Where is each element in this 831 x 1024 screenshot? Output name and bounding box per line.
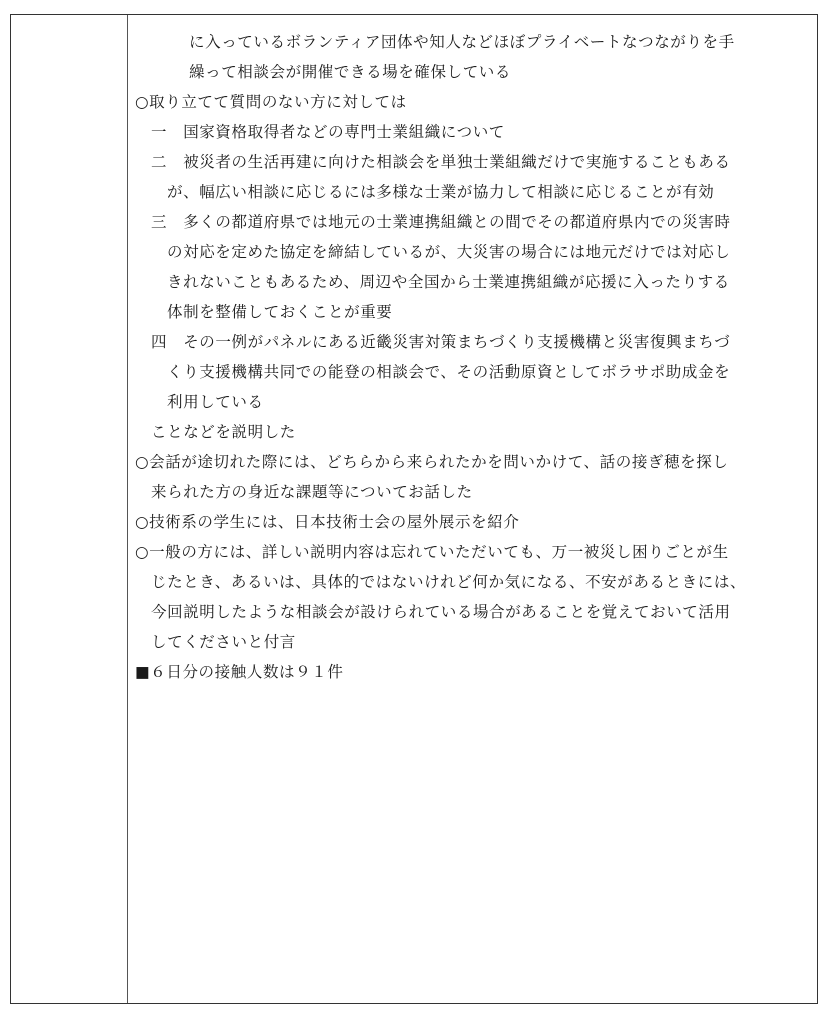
- text-line: に入っているボランティア団体や知人などほぼプライベートなつながりを手: [131, 27, 811, 57]
- text-line: くり支援機構共同での能登の相談会で、その活動原資としてボラサポ助成金を: [131, 357, 811, 387]
- text-line: の対応を定めた協定を締結しているが、大災害の場合には地元だけでは対応し: [131, 237, 811, 267]
- report-table: に入っているボランティア団体や知人などほぼプライベートなつながりを手 繰って相談…: [10, 14, 818, 1004]
- numbered-item: 一 国家資格取得者などの専門士業組織について: [131, 117, 811, 147]
- text-line: じたとき、あるいは、具体的ではないけれど何か気になる、不安があるときには、: [131, 567, 811, 597]
- text-line: 体制を整備しておくことが重要: [131, 297, 811, 327]
- bullet-line: ○会話が途切れた際には、どちらから来られたかを問いかけて、話の接ぎ穂を探し: [131, 447, 811, 477]
- text-line: きれないこともあるため、周辺や全国から士業連携組織が応援に入ったりする: [131, 267, 811, 297]
- text-line: してくださいと付言: [131, 627, 811, 657]
- bullet-line: ○一般の方には、詳しい説明内容は忘れていただいても、万一被災し困りごとが生: [131, 537, 811, 567]
- text-line: 利用している: [131, 387, 811, 417]
- bullet-line: ○技術系の学生には、日本技術士会の屋外展示を紹介: [131, 507, 811, 537]
- column-divider: [127, 15, 128, 1003]
- summary-line: ■６日分の接触人数は９１件: [131, 657, 811, 687]
- text-line: 今回説明したような相談会が設けられている場合があることを覚えておいて活用: [131, 597, 811, 627]
- text-line: が、幅広い相談に応じるには多様な士業が協力して相談に応じることが有効: [131, 177, 811, 207]
- numbered-item: 四 その一例がパネルにある近畿災害対策まちづくり支援機構と災害復興まちづ: [131, 327, 811, 357]
- table-left-cell: [11, 15, 127, 1003]
- text-line: ことなどを説明した: [131, 417, 811, 447]
- text-line: 来られた方の身近な課題等についてお話した: [131, 477, 811, 507]
- text-line: 繰って相談会が開催できる場を確保している: [131, 57, 811, 87]
- table-right-cell: に入っているボランティア団体や知人などほぼプライベートなつながりを手 繰って相談…: [131, 27, 811, 687]
- numbered-item: 二 被災者の生活再建に向けた相談会を単独士業組織だけで実施することもある: [131, 147, 811, 177]
- numbered-item: 三 多くの都道府県では地元の士業連携組織との間でその都道府県内での災害時: [131, 207, 811, 237]
- bullet-line: ○取り立てて質問のない方に対しては: [131, 87, 811, 117]
